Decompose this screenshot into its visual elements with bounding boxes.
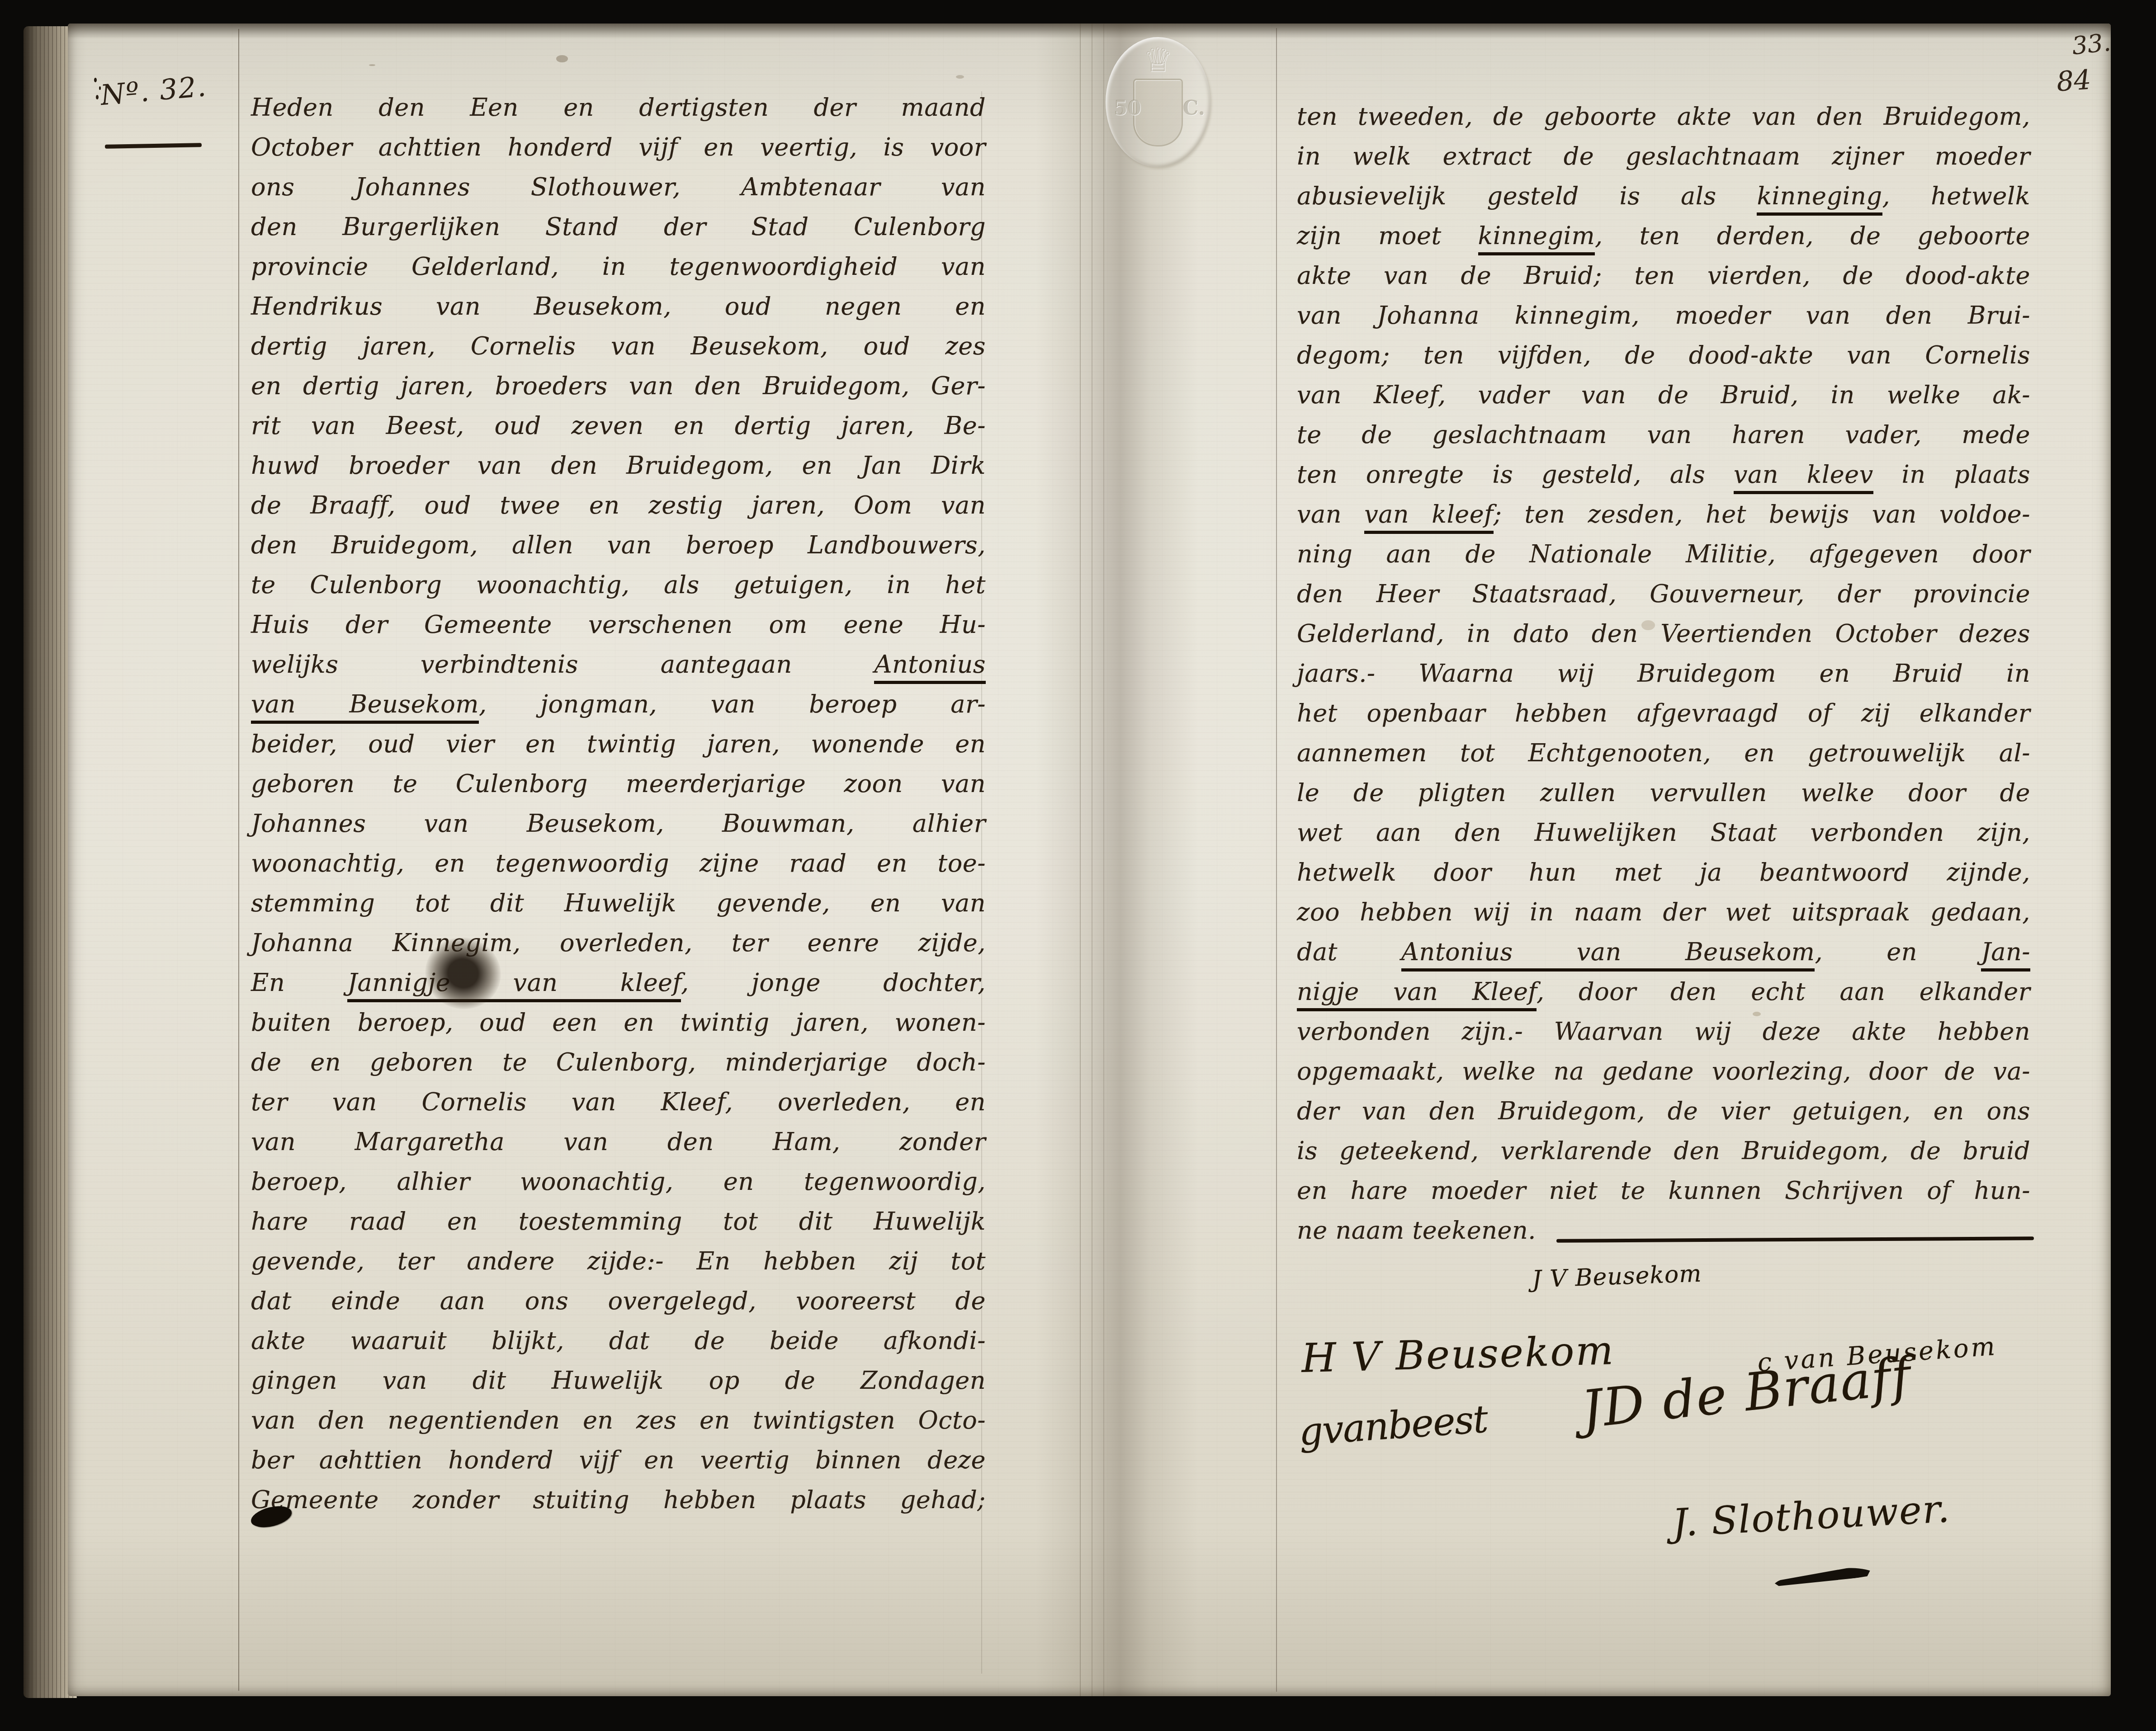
right-page-margin-rule [1276,28,1277,1692]
manuscript-line: huwd broeder van den Bruidegom, en Jan D… [251,446,986,486]
manuscript-line: dat Antonius van Beusekom, en Jan- [1297,932,2030,972]
manuscript-line: geboren te Culenborg meerderjarige zoon … [251,764,986,804]
manuscript-line: En Jannigje van kleef, jonge dochter, [251,963,986,1003]
manuscript-line: den Bruidegom, allen van beroep Landbouw… [251,525,986,565]
manuscript-line: van den negentienden en zes en twintigst… [251,1401,986,1440]
manuscript-line: provincie Gelderland, in tegenwoordighei… [251,247,986,287]
manuscript-line: Heden den Een en dertigsten der maand [251,88,986,127]
manuscript-line: abusievelijk gesteld is als kinneging, h… [1297,176,2030,216]
paper-stain-right [1641,620,1655,630]
manuscript-line: wet aan den Huwelijken Staat verbonden z… [1297,813,2030,853]
signature-witness-de-braaff: JD de Braaff [1579,1345,1914,1440]
manuscript-line: zijn moet kinnegim, ten derden, de geboo… [1297,216,2030,256]
manuscript-line: de en geboren te Culenborg, minderjarige… [251,1042,986,1082]
manuscript-line: beroep, alhier woonachtig, en tegenwoord… [251,1162,986,1202]
manuscript-line: stemming tot dit Huwelijk gevende, en va… [251,883,986,923]
gutter-fold-lines [1080,24,1081,1696]
signature-witness-hendrikus: H V Beusekom [1301,1327,1615,1382]
manuscript-line: verbonden zijn.- Waarvan wij deze akte h… [1297,1012,2030,1052]
manuscript-line: ten onregte is gesteld, als van kleev in… [1297,455,2030,495]
act-margin-number: Nº. 32. [99,70,208,112]
manuscript-line: dat einde aan ons overgelegd, vooreerst … [251,1281,986,1321]
signature-father-bruidegom: J V Beusekom [1532,1260,1702,1293]
manuscript-line: en hare moeder niet te kunnen Schrijven … [1297,1171,2030,1211]
manuscript-line: Hendrikus van Beusekom, oud negen en [251,287,986,326]
manuscript-line: der van den Bruidegom, de vier getuigen,… [1297,1091,2030,1131]
manuscript-line: den Burgerlijken Stand der Stad Culenbor… [251,207,986,247]
manuscript-line: van Margaretha van den Ham, zonder [251,1122,986,1162]
signature-witness-van-beest: gvanbeest [1297,1397,1489,1454]
manuscript-line: woonachtig, en tegenwoordig zijne raad e… [251,844,986,883]
ink-dot [343,1457,347,1463]
manuscript-line: Johannes van Beusekom, Bouwman, alhier [251,804,986,844]
manuscript-line: degom; ten vijfden, de dood-akte van Cor… [1297,335,2030,375]
manuscript-line: Gemeente zonder stuiting hebben plaats g… [251,1480,986,1520]
manuscript-line: het openbaar hebben afgevraagd of zij el… [1297,693,2030,733]
manuscript-line: van Beusekom, jongman, van beroep ar- [251,684,986,724]
book-gutter-shadow [1035,24,1198,1696]
left-page-margin-rule [238,29,239,1691]
paper-stain-top [556,55,568,62]
seal-denomination-right: C. [1182,97,1205,120]
left-page-text: Heden den Een en dertigsten der maandOct… [251,88,986,1520]
manuscript-line: akte waaruit blijkt, dat de beide afkond… [251,1321,986,1361]
manuscript-line: dertig jaren, Cornelis van Beusekom, oud… [251,326,986,366]
manuscript-line: van van kleef; ten zesden, het bewijs va… [1297,495,2030,534]
register-page-spread: ♕ 50 C. 33. 84 Nº. 32. Heden den Een en … [68,24,2111,1696]
manuscript-line: en dertig jaren, broeders van den Bruide… [251,366,986,406]
manuscript-line: hetwelk door hun met ja beantwoord zijnd… [1297,853,2030,892]
manuscript-line: opgemaakt, welke na gedane voorlezing, d… [1297,1052,2030,1091]
manuscript-line: Johanna Kinnegim, overleden, ter eenre z… [251,923,986,963]
seal-crown-icon: ♕ [1143,41,1173,80]
manuscript-line: aannemen tot Echtgenooten, en getrouweli… [1297,733,2030,773]
manuscript-line: nigje van Kleef, door den echt aan elkan… [1297,972,2030,1012]
manuscript-line: van Johanna kinnegim, moeder van den Bru… [1297,296,2030,335]
manuscript-line: beider, oud vier en twintig jaren, wonen… [251,724,986,764]
manuscript-line: buiten beroep, oud een en twintig jaren,… [251,1003,986,1042]
seal-denomination-left: 50 [1114,97,1141,120]
manuscript-line: ning aan de Nationale Militie, afgegeven… [1297,534,2030,574]
manuscript-line: akte van de Bruid; ten vierden, de dood-… [1297,256,2030,296]
signature-registrar-slothouwer: J. Slothouwer. [1671,1486,1952,1545]
manuscript-line: jaars.- Waarna wij Bruidegom en Bruid in [1297,654,2030,693]
ink-specks [94,78,97,82]
manuscript-line: Huis der Gemeente verschenen om eene Hu- [251,605,986,645]
torn-top-edge [68,24,2111,39]
manuscript-line: welijks verbindtenis aantegaan Antonius [251,645,986,684]
manuscript-line: gingen van dit Huwelijk op de Zondagen [251,1361,986,1401]
manuscript-line: zoo hebben wij in naam der wet uitspraak… [1297,892,2030,932]
manuscript-line: de Braaff, oud twee en zestig jaren, Oom… [251,486,986,525]
manuscript-line: gevende, ter andere zijde:- En hebben zi… [251,1241,986,1281]
manuscript-line: rit van Beest, oud zeven en dertig jaren… [251,406,986,446]
manuscript-line: is geteekend, verklarende den Bruidegom,… [1297,1131,2030,1171]
manuscript-line: te Culenborg woonachtig, als getuigen, i… [251,565,986,605]
manuscript-line: den Heer Staatsraad, Gouverneur, der pro… [1297,574,2030,614]
embossed-tax-seal: ♕ 50 C. [1106,37,1210,167]
folio-number: 84 [2056,64,2092,98]
scanned-book-spread: ♕ 50 C. 33. 84 Nº. 32. Heden den Een en … [0,0,2156,1731]
manuscript-line: ten tweeden, de geboorte akte van den Br… [1297,97,2030,137]
signature-flourish [1771,1563,1875,1589]
manuscript-line: ne naam teekenen. [1297,1211,2030,1250]
margin-number-rule [105,143,202,149]
act-number-top-right: 33. [2071,28,2112,61]
manuscript-line: Gelderland, in dato den Veertienden Octo… [1297,614,2030,654]
right-page-text: ten tweeden, de geboorte akte van den Br… [1297,97,2030,1250]
manuscript-line: te de geslachtnaam van haren vader, mede [1297,415,2030,455]
manuscript-line: ter van Cornelis van Kleef, overleden, e… [251,1082,986,1122]
manuscript-line: ons Johannes Slothouwer, Ambtenaar van [251,167,986,207]
manuscript-line: le de pligten zullen vervullen welke doo… [1297,773,2030,813]
manuscript-line: ber achttien honderd vijf en veertig bin… [251,1440,986,1480]
manuscript-line: van Kleef, vader van de Bruid, in welke … [1297,375,2030,415]
manuscript-line: hare raad en toestemming tot dit Huwelij… [251,1202,986,1241]
manuscript-line: October achttien honderd vijf en veertig… [251,127,986,167]
manuscript-line: in welk extract de geslachtnaam zijner m… [1297,137,2030,176]
